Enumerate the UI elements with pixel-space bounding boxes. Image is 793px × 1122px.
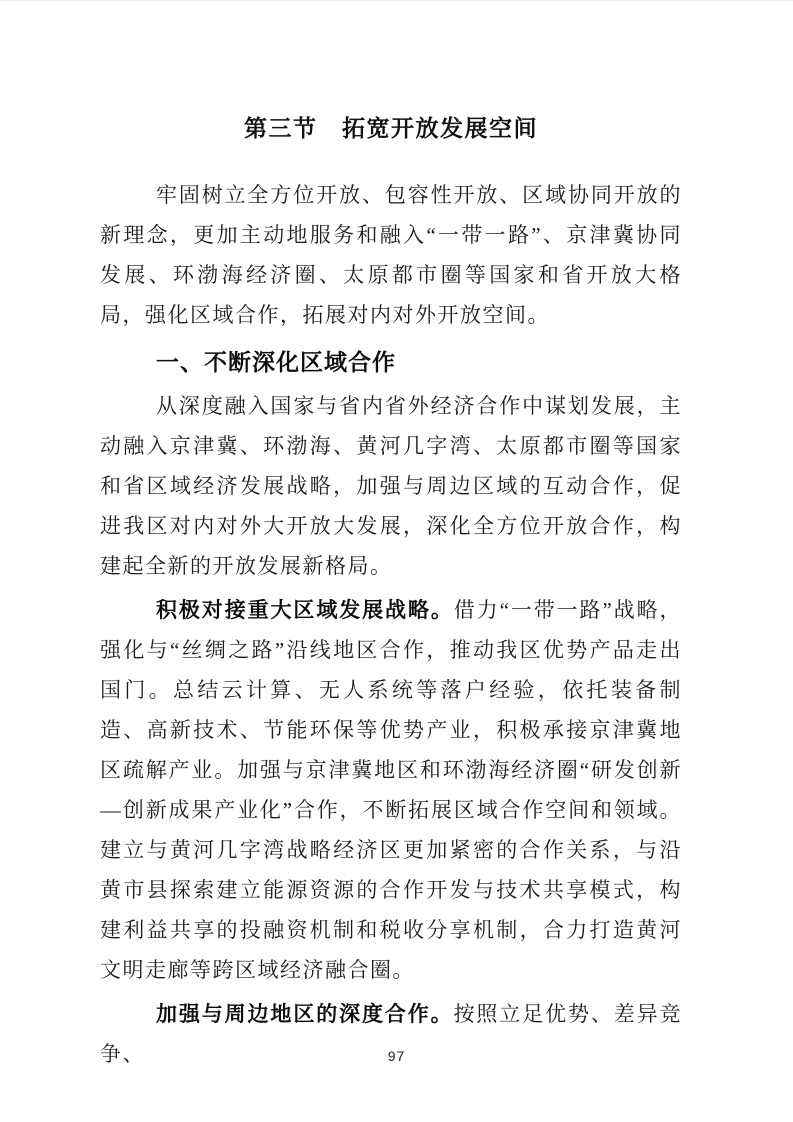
document-content: 第三节 拓宽开放发展空间 牢固树立全方位开放、包容性开放、区域协同开放的新理念，…: [100, 109, 682, 1074]
page-number: 97: [0, 1048, 793, 1064]
page-title: 第三节 拓宽开放发展空间: [100, 109, 682, 149]
document-body: 牢固树立全方位开放、包容性开放、区域协同开放的新理念，更加主动地服务和融入“一带…: [100, 175, 682, 1074]
paragraph-lead: 积极对接重大区域发展战略。: [156, 598, 454, 622]
document-page: 第三节 拓宽开放发展空间 牢固树立全方位开放、包容性开放、区域协同开放的新理念，…: [0, 0, 793, 1122]
intro-paragraph: 牢固树立全方位开放、包容性开放、区域协同开放的新理念，更加主动地服务和融入“一带…: [100, 175, 682, 335]
paragraph-lead: 加强与周边地区的深度合作。: [156, 1002, 454, 1026]
regional-cooperation-overview-paragraph: 从深度融入国家与省内省外经济合作中谋划发展，主动融入京津冀、环渤海、黄河几字湾、…: [100, 386, 682, 586]
section-heading-deepen-regional-cooperation: 一、不断深化区域合作: [100, 342, 682, 382]
major-regional-strategies-paragraph: 积极对接重大区域发展战略。借力“一带一路”战略，强化与“丝绸之路”沿线地区合作，…: [100, 590, 682, 990]
